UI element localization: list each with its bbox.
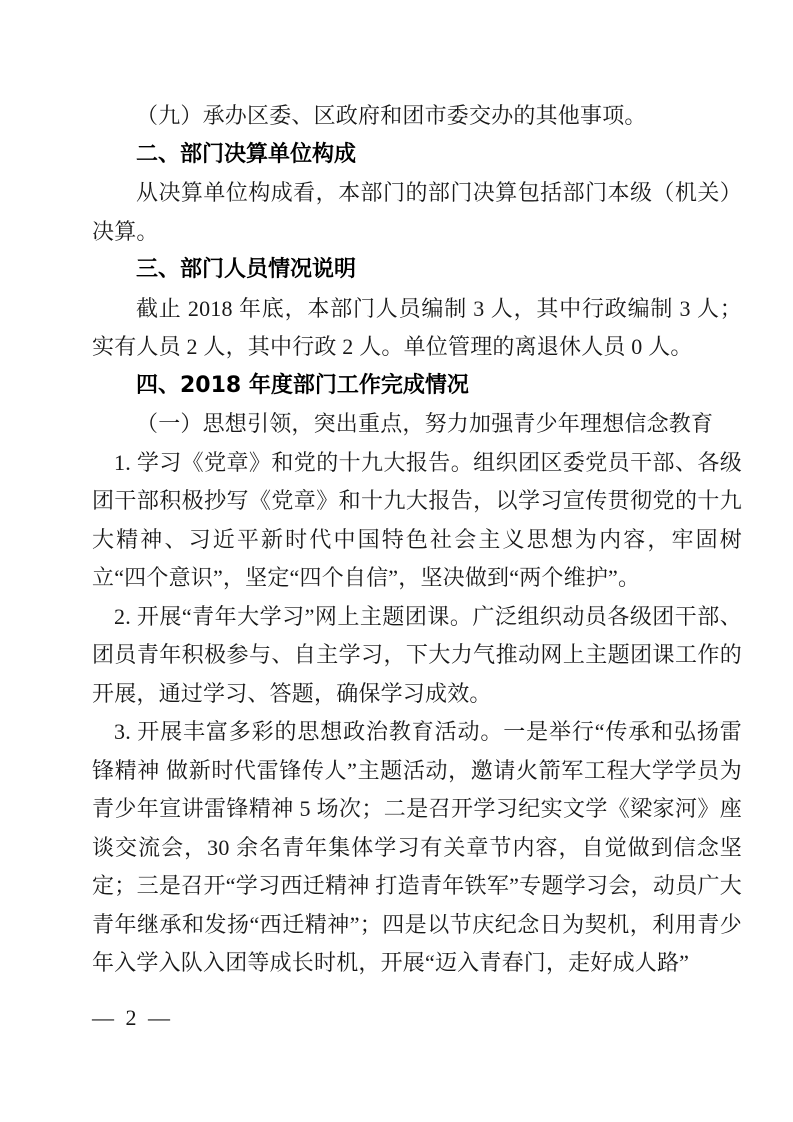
section-heading: 四、2018 年度部门工作完成情况	[92, 367, 742, 406]
document-page: （九）承办区委、区政府和团市委交办的其他事项。二、部门决算单位构成从决算单位构成…	[0, 0, 793, 1122]
section-heading: 三、部门人员情况说明	[92, 251, 742, 290]
document-body: （九）承办区委、区政府和团市委交办的其他事项。二、部门决算单位构成从决算单位构成…	[92, 97, 742, 983]
sub-section-heading: （一）思想引领，突出重点，努力加强青少年理想信念教育	[92, 405, 742, 444]
section-heading: 二、部门决算单位构成	[92, 136, 742, 175]
paragraph: （九）承办区委、区政府和团市委交办的其他事项。	[92, 97, 742, 136]
paragraph: 从决算单位构成看，本部门的部门决算包括部门本级（机关）决算。	[92, 174, 742, 251]
numbered-paragraph: 2. 开展“青年大学习”网上主题团课。广泛组织动员各级团干部、团员青年积极参与、…	[92, 598, 742, 714]
numbered-paragraph: 3. 开展丰富多彩的思想政治教育活动。一是举行“传承和弘扬雷锋精神 做新时代雷锋…	[92, 713, 742, 983]
paragraph: 截止 2018 年底，本部门人员编制 3 人，其中行政编制 3 人；实有人员 2…	[92, 290, 742, 367]
page-number: — 2 —	[92, 999, 173, 1038]
numbered-paragraph: 1. 学习《党章》和党的十九大报告。组织团区委党员干部、各级团干部积极抄写《党章…	[92, 444, 742, 598]
